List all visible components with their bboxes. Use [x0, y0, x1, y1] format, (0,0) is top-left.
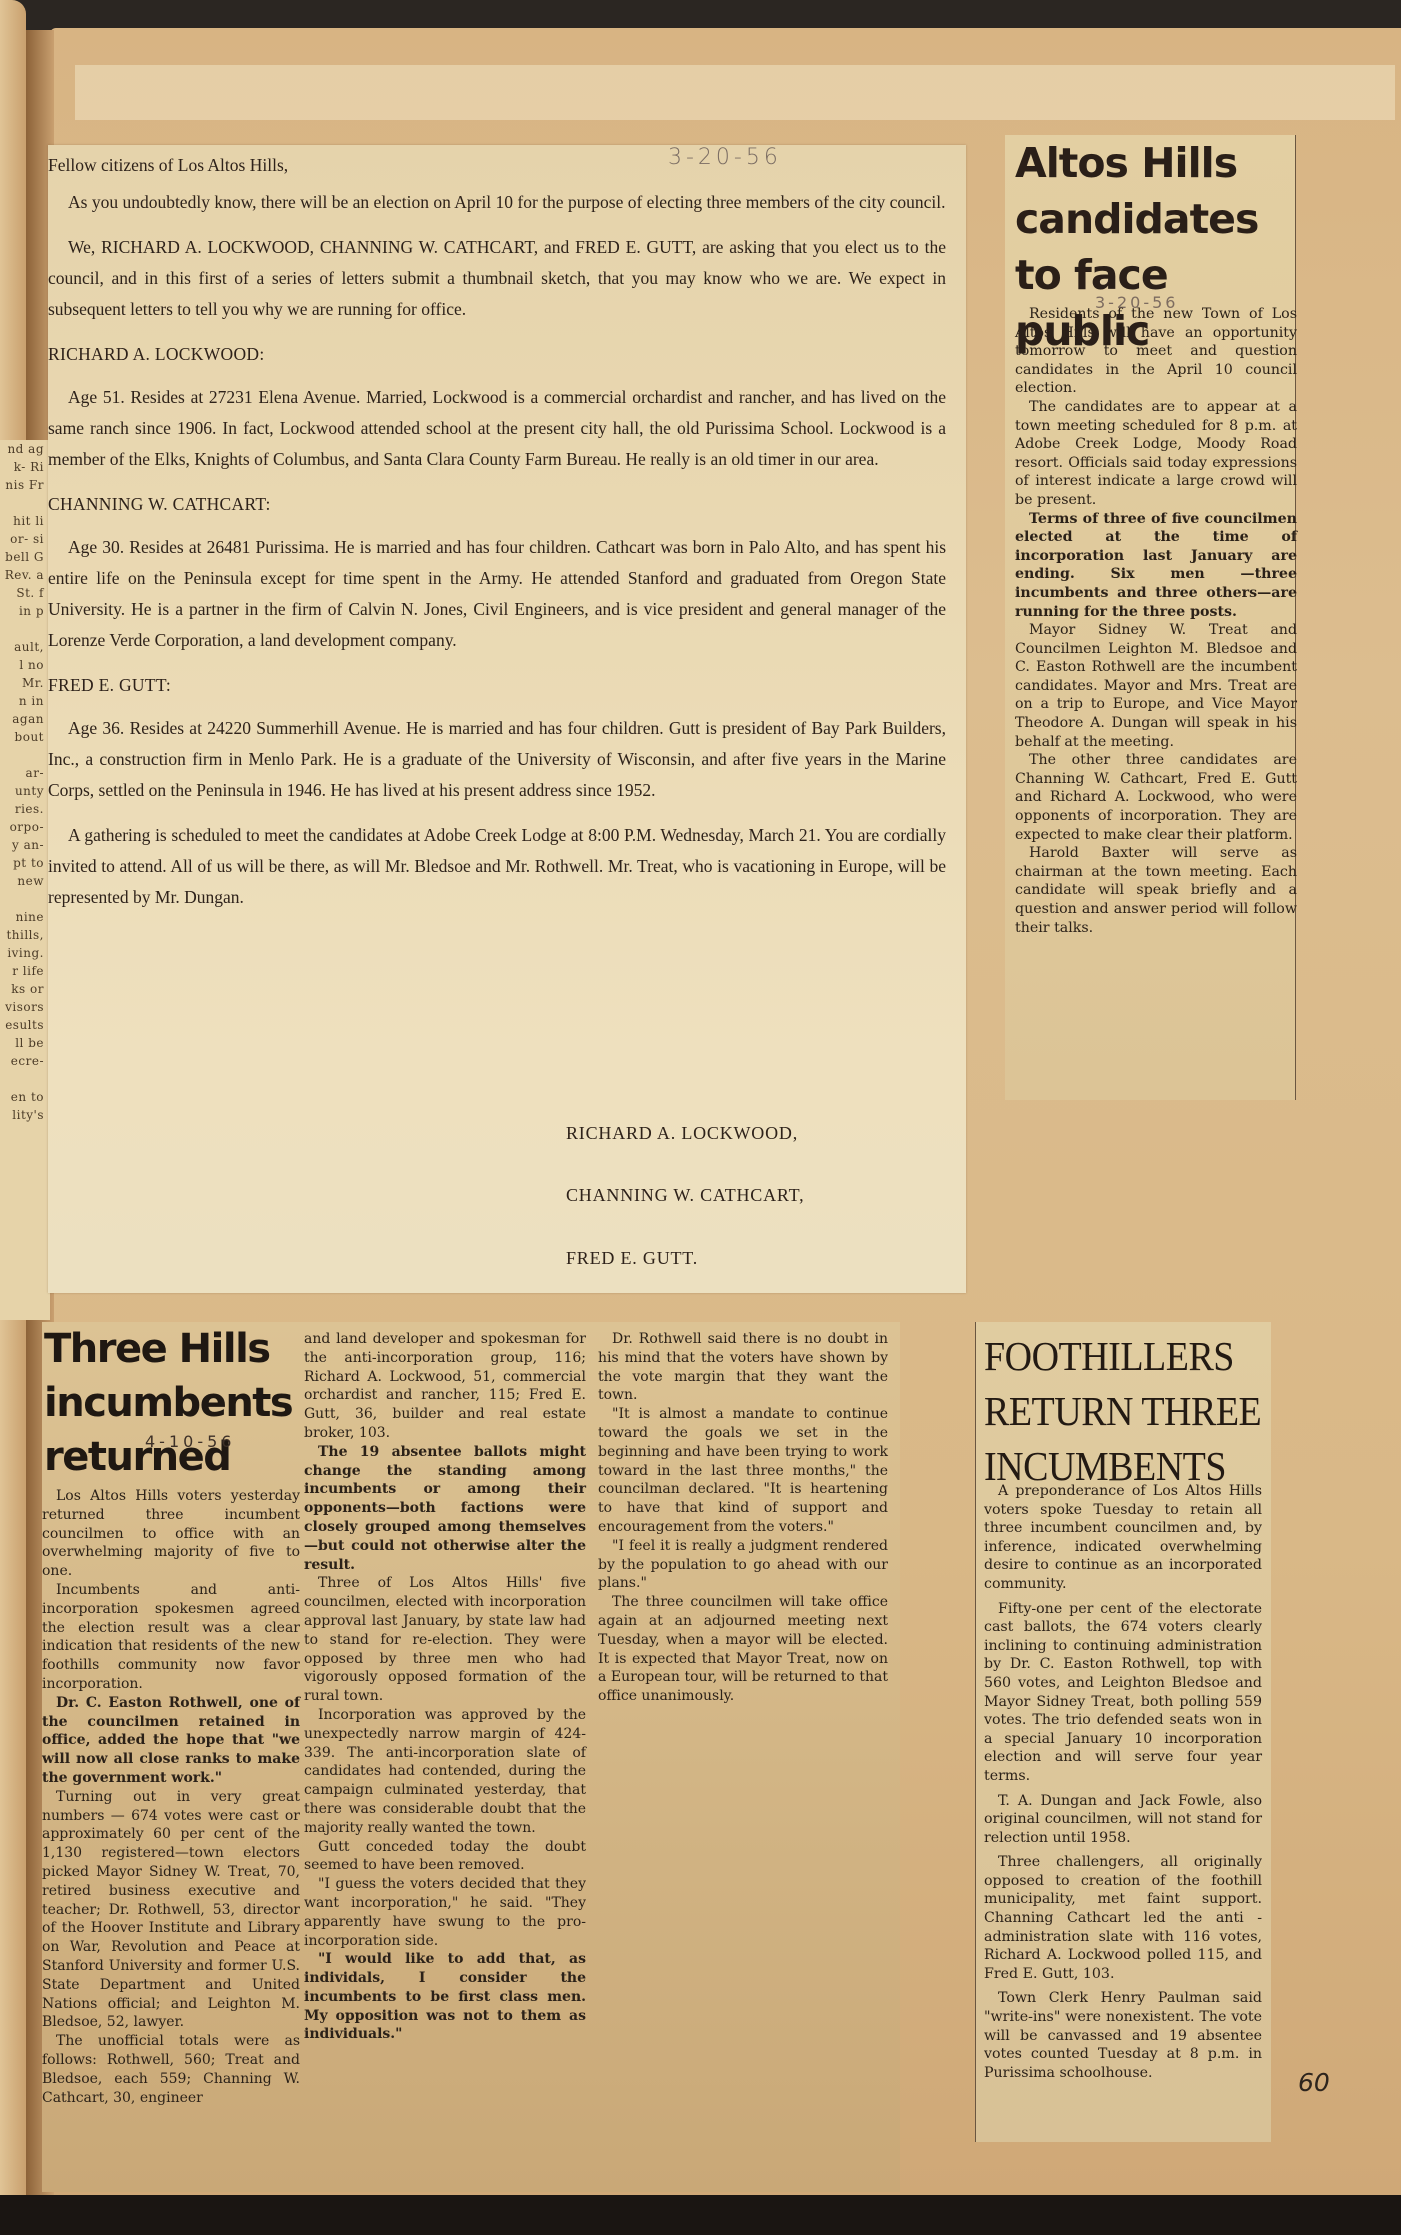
- fragment-text: ecre-: [0, 1052, 50, 1070]
- article-paragraph: "I guess the voters decided that they wa…: [304, 1875, 586, 1950]
- clipping-column-1: Los Altos Hills voters yesterday returne…: [42, 1487, 300, 2107]
- article-paragraph: The three councilmen will take office ag…: [598, 1593, 888, 1706]
- clipping-headline: FOOTHILLERS RETURN THREE INCUMBENTS: [984, 1330, 1271, 1495]
- clipping-three-hills-incumbents: Three Hills incumbents returned 4-10-56 …: [42, 1322, 900, 2192]
- fragment-text: en to: [0, 1088, 50, 1106]
- candidate-heading: RICHARD A. LOCKWOOD:: [48, 339, 946, 370]
- fragment-text: l no: [0, 656, 50, 674]
- article-paragraph: Los Altos Hills voters yesterday returne…: [42, 1487, 300, 1581]
- fragment-text: orpo-: [0, 818, 50, 836]
- article-paragraph: Gutt conceded today the doubt seemed to …: [304, 1838, 586, 1876]
- article-paragraph: The 19 absentee ballots might change the…: [304, 1443, 586, 1575]
- fragment-text: [0, 620, 50, 638]
- signature-line: FRED E. GUTT.: [566, 1248, 698, 1269]
- clipping-column-3: Dr. Rothwell said there is no doubt in h…: [598, 1330, 888, 1706]
- fragment-text: new: [0, 872, 50, 890]
- clipping-column-2: and land developer and spokesman for the…: [304, 1330, 586, 2044]
- headline-line: candidates: [1015, 191, 1295, 247]
- tape-strip: [75, 65, 1395, 120]
- article-paragraph: "It is almost a mandate to continue towa…: [598, 1405, 888, 1537]
- article-paragraph: Three of Los Altos Hills' five councilme…: [304, 1574, 586, 1706]
- handwritten-date: 3-20-56: [668, 145, 782, 170]
- intro-paragraph: We, RICHARD A. LOCKWOOD, CHANNING W. CAT…: [48, 232, 946, 325]
- article-paragraph: Mayor Sidney W. Treat and Councilmen Lei…: [1015, 621, 1297, 751]
- article-paragraph: Town Clerk Henry Paulman said "write-ins…: [984, 1989, 1262, 2082]
- candidate-bio: Age 51. Resides at 27231 Elena Avenue. M…: [48, 382, 946, 475]
- article-paragraph: "I would like to add that, as individals…: [304, 1950, 586, 2044]
- letter-body: As you undoubtedly know, there will be a…: [48, 187, 946, 927]
- article-paragraph: Harold Baxter will serve as chairman at …: [1015, 844, 1297, 937]
- article-paragraph: Incumbents and anti-incorporation spokes…: [42, 1581, 300, 1694]
- fragment-text: y an-: [0, 836, 50, 854]
- article-paragraph: Dr. Rothwell said there is no doubt in h…: [598, 1330, 888, 1405]
- fragment-text: ks or: [0, 980, 50, 998]
- fragment-text: [0, 494, 50, 512]
- clipping-headline: Three Hills incumbents returned: [42, 1322, 304, 1484]
- fragment-text: ar-: [0, 764, 50, 782]
- headline-line: Three Hills: [44, 1322, 304, 1376]
- article-paragraph: The other three candidates are Channing …: [1015, 751, 1297, 844]
- fragment-text: visors: [0, 998, 50, 1016]
- fragment-text: iving.: [0, 944, 50, 962]
- fragment-text: esults: [0, 1016, 50, 1034]
- fragment-text: n in: [0, 692, 50, 710]
- article-paragraph: T. A. Dungan and Jack Fowle, also origin…: [984, 1792, 1262, 1848]
- letter-salutation: Fellow citizens of Los Altos Hills,: [48, 155, 288, 176]
- article-paragraph: A preponderance of Los Altos Hills voter…: [984, 1482, 1262, 1594]
- fragment-text: Mr.: [0, 674, 50, 692]
- headline-line: Altos Hills: [1015, 135, 1295, 191]
- fragment-text: ault,: [0, 638, 50, 656]
- headline-line: incumbents: [44, 1376, 304, 1430]
- left-edge-clipping-fragment: nd agk- Rinis Fr hit lior- sibell GRev. …: [0, 440, 50, 1320]
- article-paragraph: The unofficial totals were as follows: R…: [42, 2032, 300, 2107]
- page-number: 60: [1298, 2068, 1330, 2097]
- fragment-text: [0, 746, 50, 764]
- fragment-text: in p: [0, 602, 50, 620]
- article-paragraph: and land developer and spokesman for the…: [304, 1330, 586, 1443]
- fragment-text: hit li: [0, 512, 50, 530]
- fragment-text: bout: [0, 728, 50, 746]
- fragment-text: nine: [0, 908, 50, 926]
- clipping-body: Residents of the new Town of Los Altos H…: [1015, 305, 1297, 937]
- fragment-text: pt to: [0, 854, 50, 872]
- article-paragraph: The candidates are to appear at a town m…: [1015, 398, 1297, 510]
- fragment-text: ll be: [0, 1034, 50, 1052]
- fragment-text: agan: [0, 710, 50, 728]
- article-paragraph: Residents of the new Town of Los Altos H…: [1015, 305, 1297, 398]
- article-paragraph: Three challengers, all originally oppose…: [984, 1853, 1262, 1983]
- clipping-candidates-face-public: Altos Hills candidates to face public 3-…: [1005, 135, 1296, 1100]
- campaign-letter: 3-20-56 Fellow citizens of Los Altos Hil…: [48, 145, 966, 1293]
- fragment-text: nd ag: [0, 440, 50, 458]
- article-paragraph: Incorporation was approved by the unexpe…: [304, 1706, 586, 1838]
- handwritten-date: 4-10-56: [145, 1432, 235, 1451]
- fragment-text: r life: [0, 962, 50, 980]
- fragment-text: thills,: [0, 926, 50, 944]
- article-paragraph: Terms of three of five councilmen electe…: [1015, 510, 1297, 622]
- fragment-text: nis Fr: [0, 476, 50, 494]
- signature-line: RICHARD A. LOCKWOOD,: [566, 1123, 798, 1144]
- candidate-bio: Age 30. Resides at 26481 Purissima. He i…: [48, 532, 946, 656]
- closing-paragraph: A gathering is scheduled to meet the can…: [48, 820, 946, 913]
- fragment-text: ries.: [0, 800, 50, 818]
- article-paragraph: Fifty-one per cent of the electorate cas…: [984, 1600, 1262, 1786]
- article-paragraph: Dr. C. Easton Rothwell, one of the counc…: [42, 1694, 300, 1788]
- background-shadow: [0, 2195, 1401, 2235]
- headline-line: FOOTHILLERS: [984, 1330, 1271, 1385]
- fragment-text: [0, 890, 50, 908]
- fragment-text: Rev. a: [0, 566, 50, 584]
- fragment-text: unty: [0, 782, 50, 800]
- fragment-text: [0, 1070, 50, 1088]
- headline-line: RETURN THREE: [984, 1385, 1271, 1440]
- candidate-heading: FRED E. GUTT:: [48, 670, 946, 701]
- article-paragraph: Turning out in very great numbers — 674 …: [42, 1788, 300, 2032]
- fragment-text: k- Ri: [0, 458, 50, 476]
- fragment-text: or- si: [0, 530, 50, 548]
- article-paragraph: "I feel it is really a judgment rendered…: [598, 1537, 888, 1593]
- clipping-foothillers: FOOTHILLERS RETURN THREE INCUMBENTS A pr…: [975, 1322, 1271, 2142]
- fragment-text: St. f: [0, 584, 50, 602]
- candidate-heading: CHANNING W. CATHCART:: [48, 489, 946, 520]
- signature-line: CHANNING W. CATHCART,: [566, 1185, 804, 1206]
- candidate-bio: Age 36. Resides at 24220 Summerhill Aven…: [48, 713, 946, 806]
- fragment-text: lity's: [0, 1106, 50, 1124]
- fragment-text: bell G: [0, 548, 50, 566]
- clipping-body: A preponderance of Los Altos Hills voter…: [984, 1482, 1262, 2088]
- intro-paragraph: As you undoubtedly know, there will be a…: [48, 187, 946, 218]
